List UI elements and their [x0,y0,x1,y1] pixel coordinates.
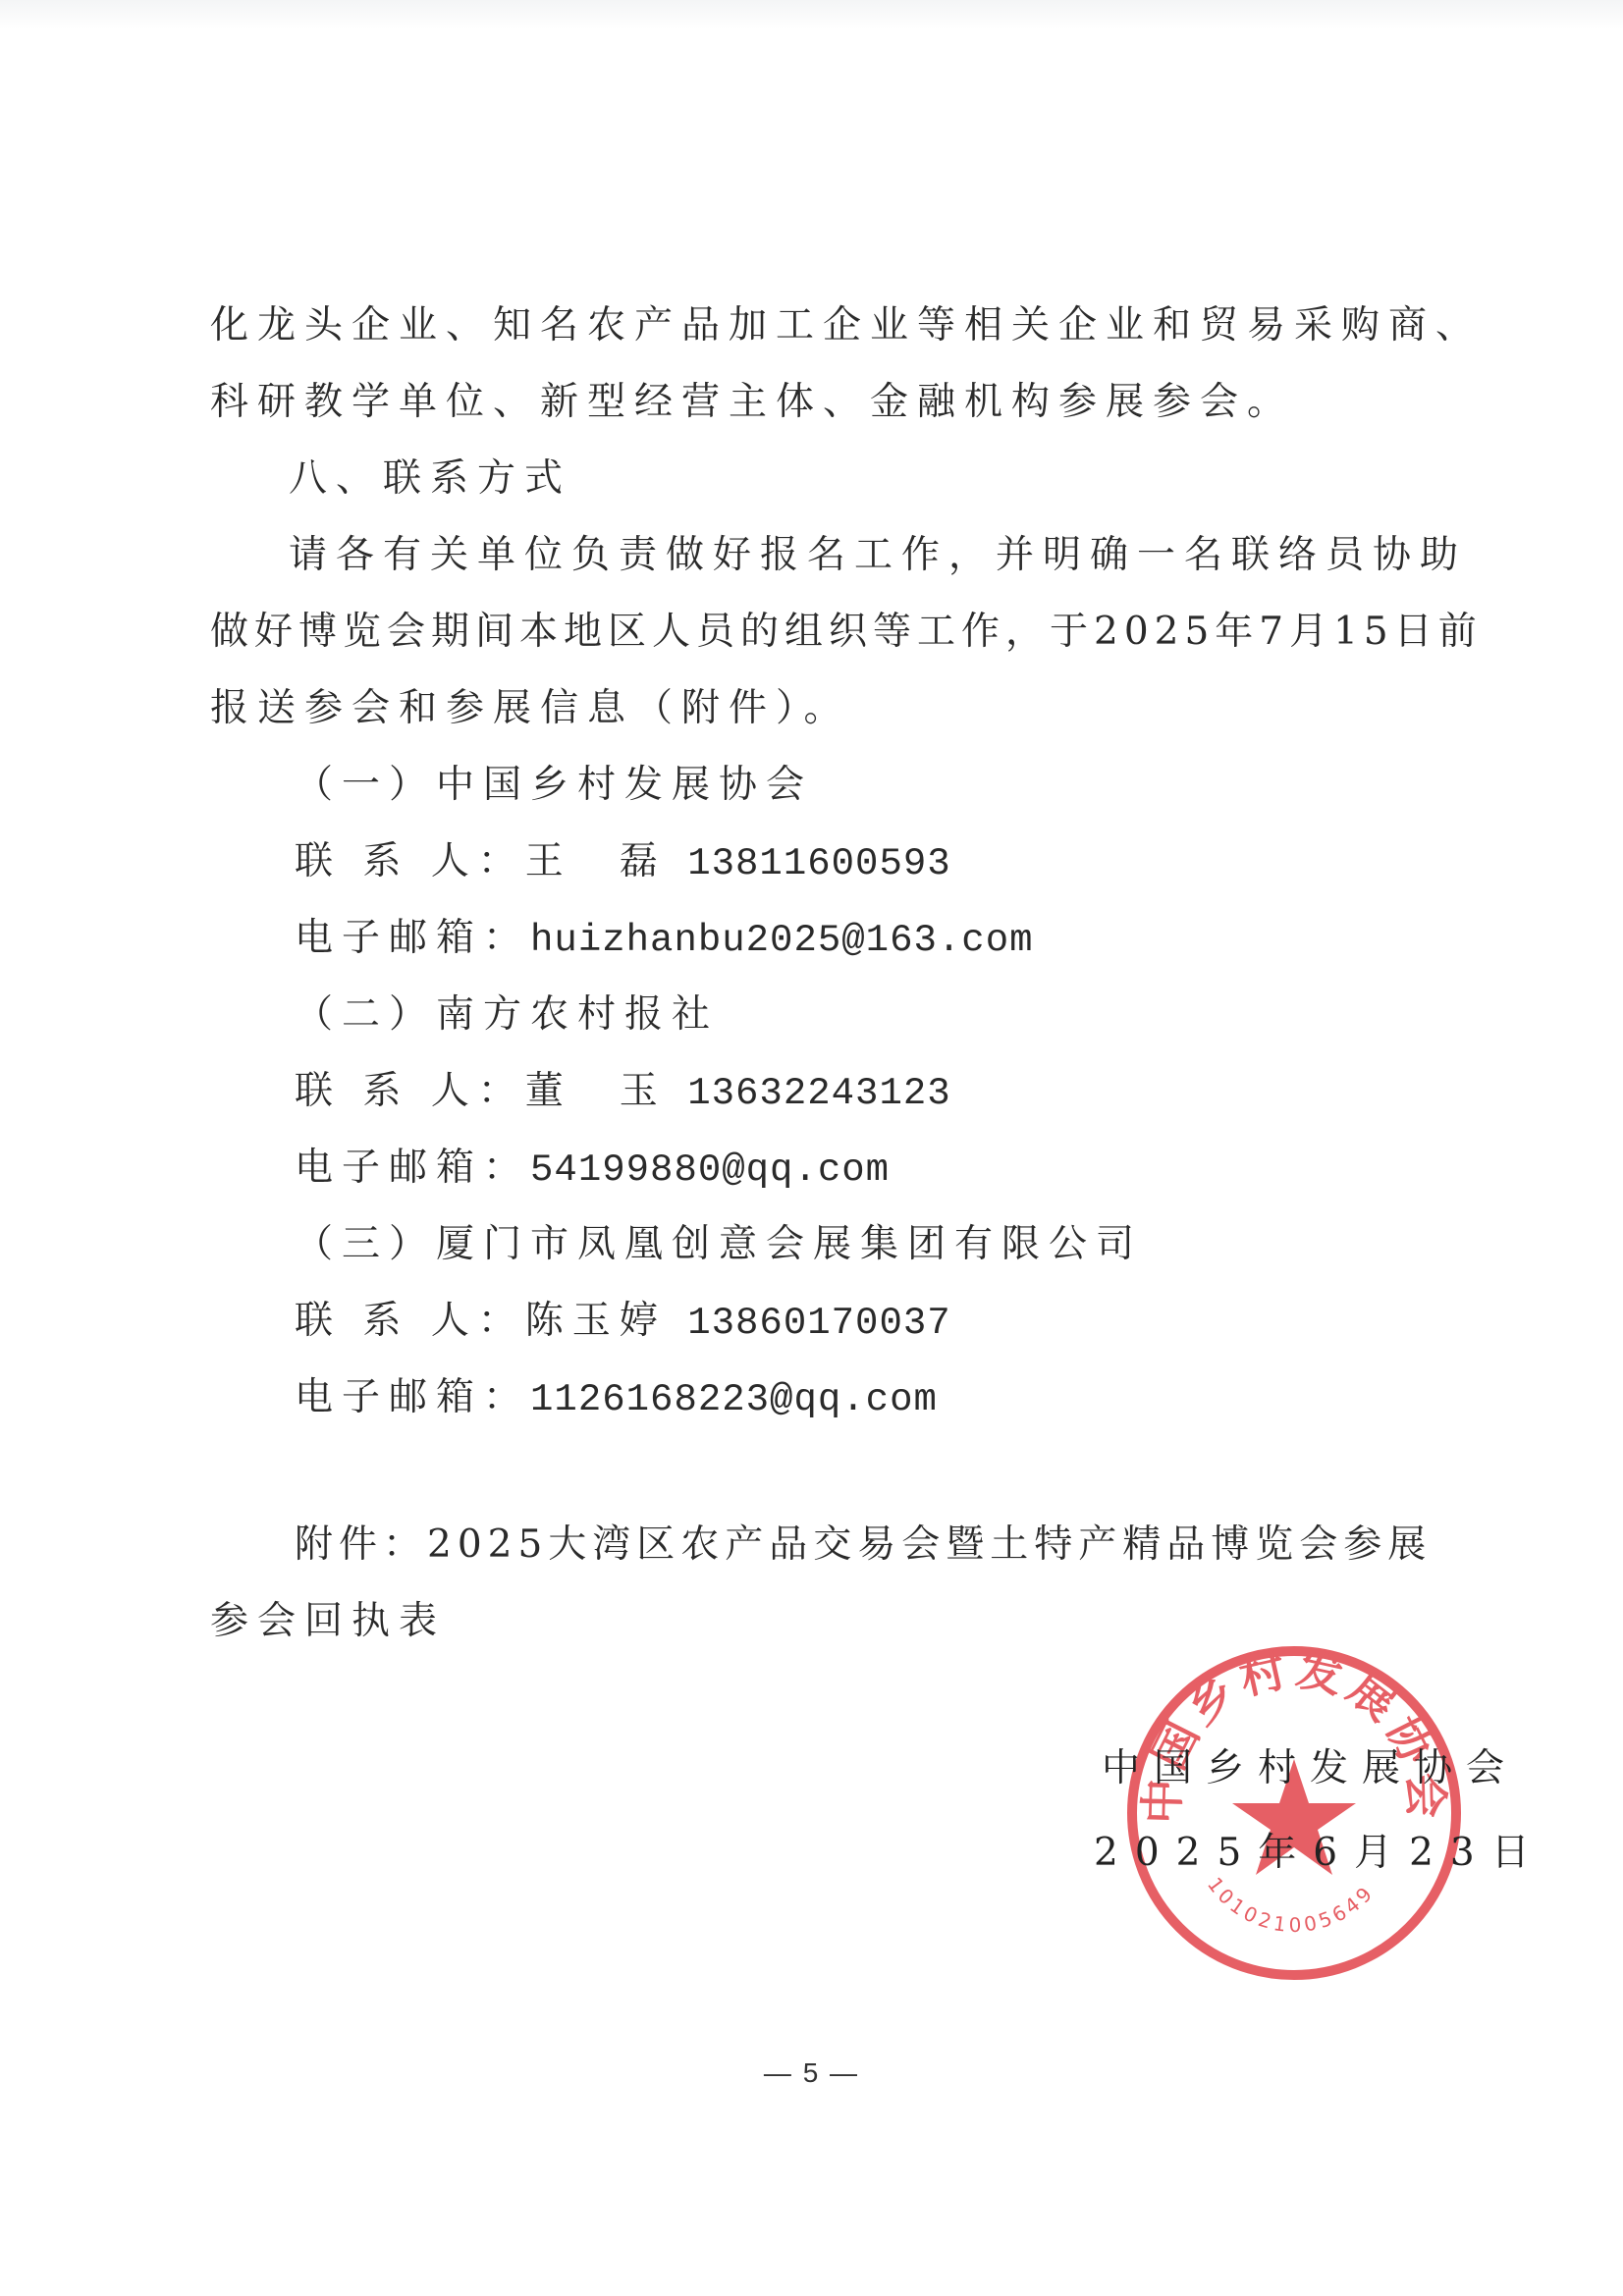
signature-organization: 中国乡村发展协会 [1102,1749,1518,1788]
contact-name: 王 磊 [525,839,667,883]
contact-org-3: （三）厦门市凤凰创意会展集团有限公司 [295,1225,1143,1263]
contact-name: 董 玉 [525,1069,667,1113]
body-text-line: 化龙头企业、知名农产品加工企业等相关企业和贸易采购商、 [210,306,1483,345]
contact-person-2: 联 系 人：董 玉 13632243123 [295,1072,951,1113]
contact-person-3: 联 系 人：陈玉婷 13860170037 [295,1302,951,1343]
attachment-line: 附件：2025大湾区农产品交易会暨土特产精品博览会参展 [295,1525,1432,1564]
contact-email-3: 电子邮箱：1126168223@qq.com [295,1378,938,1419]
signature-date: 2025年6月23日 [1094,1834,1546,1872]
page-number: — 5 — [0,2057,1623,2089]
body-text-line: 科研教学单位、新型经营主体、金融机构参展参会。 [210,383,1294,421]
contact-label: 联 系 人： [295,1299,525,1343]
contact-email-1: 电子邮箱：huizhanbu2025@163.com [295,919,1034,960]
contact-org-1: （一）中国乡村发展协会 [295,766,813,804]
attachment-line: 参会回执表 [210,1602,446,1640]
document-page: 化龙头企业、知名农产品加工企业等相关企业和贸易采购商、 科研教学单位、新型经营主… [0,0,1623,2296]
contact-org-2: （二）南方农村报社 [295,995,719,1034]
email-label: 电子邮箱： [295,916,530,960]
email-address: 1126168223@qq.com [530,1378,938,1421]
contact-person-1: 联 系 人：王 磊 13811600593 [295,842,951,883]
email-label: 电子邮箱： [295,1146,530,1190]
body-text-line: 报送参会和参展信息（附件）。 [210,689,851,727]
contact-phone: 13811600593 [687,842,950,885]
contact-label: 联 系 人： [295,1069,525,1113]
contact-phone: 13860170037 [687,1302,950,1345]
email-address: 54199880@qq.com [530,1148,890,1192]
email-address: huizhanbu2025@163.com [530,919,1033,962]
official-seal-icon: 中国乡村发展协会 1101021005649 9 [1122,1641,1466,1985]
email-label: 电子邮箱： [295,1375,530,1419]
body-text-line: 请各有关单位负责做好报名工作，并明确一名联络员协助 [289,536,1467,574]
contact-label: 联 系 人： [295,839,525,883]
contact-email-2: 电子邮箱：54199880@qq.com [295,1148,890,1190]
contact-phone: 13632243123 [687,1072,950,1115]
contact-name: 陈玉婷 [525,1299,667,1343]
section-heading: 八、联系方式 [289,459,571,498]
body-text-line: 做好博览会期间本地区人员的组织等工作，于2025年7月15日前 [210,613,1483,651]
